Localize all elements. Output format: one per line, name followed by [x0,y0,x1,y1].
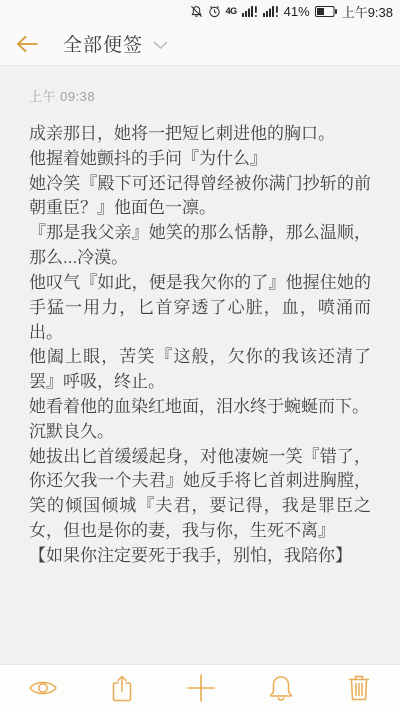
bottom-toolbar [0,664,400,711]
back-button[interactable] [15,34,39,54]
note-paragraph: 他握着她颤抖的手问『为什么』 [29,147,371,172]
back-arrow-icon [15,34,39,54]
note-paragraph: 『那是我父亲』她笑的那么恬静，那么温顺，那么...冷漠。 [29,221,371,271]
note-content-area[interactable]: 上午 09:38 成亲那日，她将一把短匕刺进他的胸口。他握着她颤抖的手问『为什么… [0,66,400,664]
status-bar: 4G 41% [0,0,400,22]
page-title: 全部便签 [63,30,143,57]
battery-icon [315,6,337,17]
note-timestamp: 上午 09:38 [29,86,371,105]
notes-folder-dropdown[interactable]: 全部便签 [63,30,168,57]
mute-icon [190,5,203,18]
note-paragraph: 她拔出匕首缓缓起身，对他凄婉一笑『错了，你还欠我一个夫君』她反手将匕首刺进胸膛，… [29,445,371,544]
note-paragraph: 沉默良久。 [29,420,371,445]
trash-icon [346,674,372,702]
reminder-button[interactable] [266,672,296,704]
chevron-down-icon [153,41,168,50]
share-icon [110,674,134,702]
share-button[interactable] [108,672,136,704]
header: 全部便签 [0,22,400,66]
note-paragraph: 他叹气『如此，便是我欠你的了』他握住她的手猛一用力，匕首穿透了心脏，血，喷涌而出… [29,271,371,345]
note-paragraph: 成亲那日，她将一把短匕刺进他的胸口。 [29,122,371,147]
eye-icon [28,677,58,699]
battery-percent-label: 41% [284,4,310,19]
signal-icon [263,5,279,17]
notes-app-screen: 4G 41% [0,0,400,711]
note-paragraph: 她看着他的血染红地面，泪水终于蜿蜒而下。 [29,395,371,420]
view-mode-button[interactable] [26,675,60,701]
status-time-label: 上午9:38 [342,2,393,21]
note-paragraph: 【如果你注定要死于我手，别怕，我陪你】 [29,544,371,569]
signal-icon [242,5,258,17]
network-type-label: 4G [226,6,237,16]
bell-icon [268,674,294,702]
alarm-icon [208,5,221,18]
note-paragraph: 她冷笑『殿下可还记得曾经被你满门抄斩的前朝重臣？』他面色一凛。 [29,172,371,222]
plus-icon [186,673,216,703]
add-note-button[interactable] [184,671,218,705]
note-paragraph: 他阖上眼，苦笑『这般，欠你的我该还清了罢』呼吸，终止。 [29,345,371,395]
delete-button[interactable] [344,672,374,704]
note-body: 成亲那日，她将一把短匕刺进他的胸口。他握着她颤抖的手问『为什么』她冷笑『殿下可还… [29,122,371,569]
